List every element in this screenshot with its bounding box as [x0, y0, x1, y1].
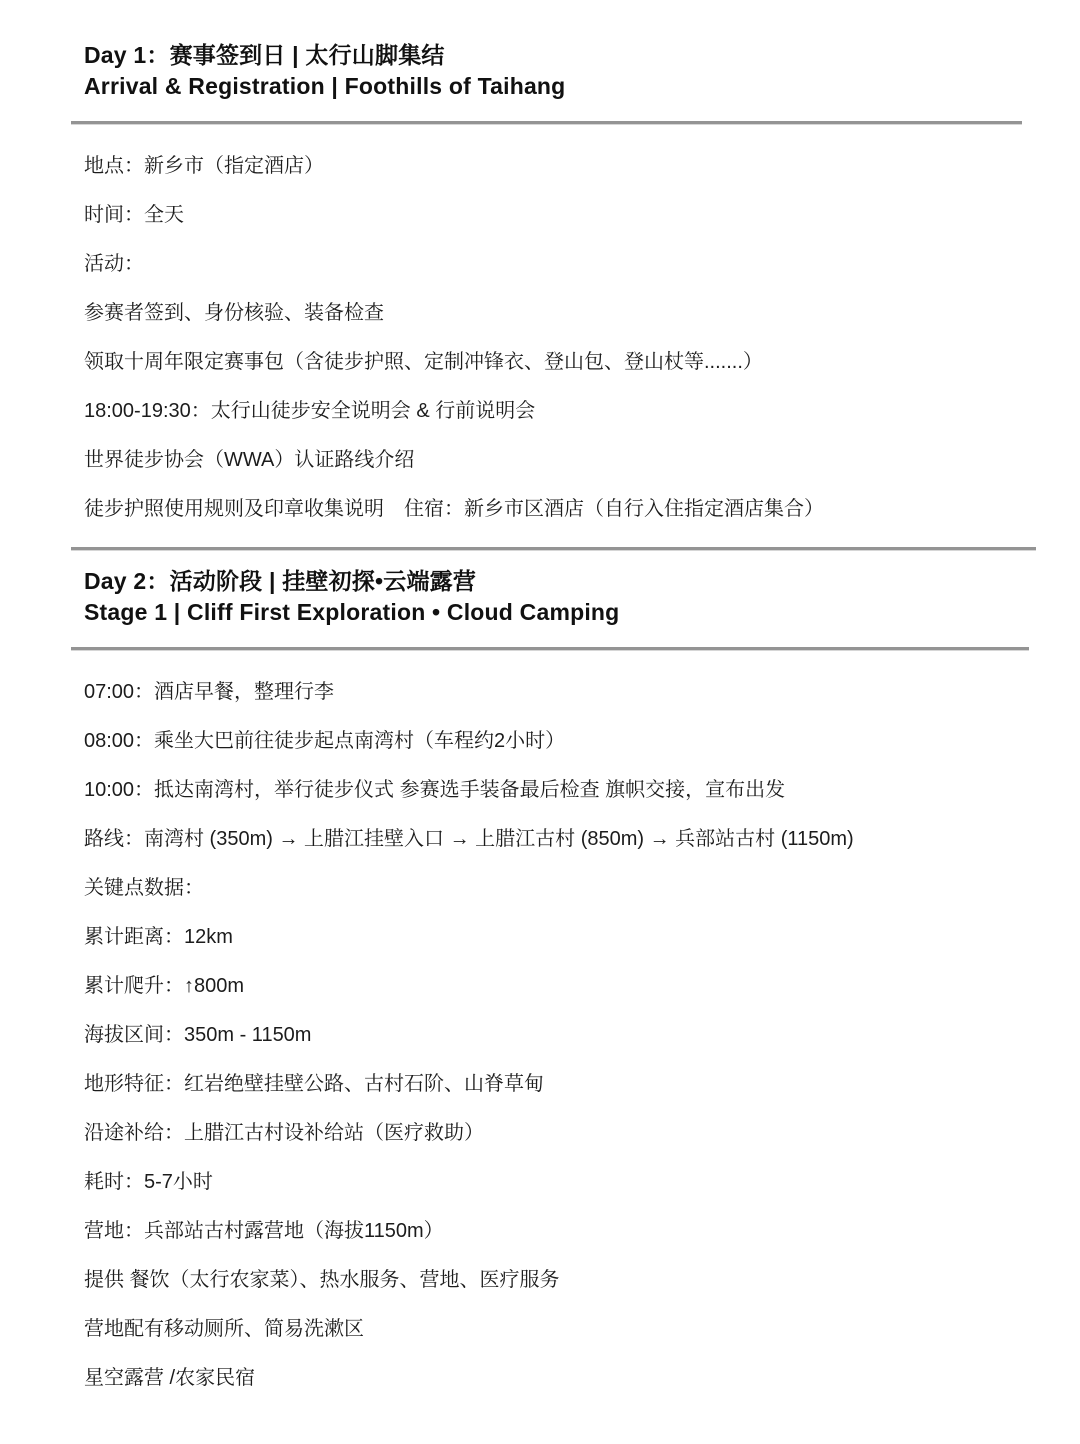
day2-duration: 耗时：5-7小时: [84, 1168, 1036, 1196]
day2-section: Day 2：活动阶段 | 挂壁初探•云端露营 Stage 1 | Cliff F…: [71, 566, 1036, 1392]
day1-section: Day 1：赛事签到日 | 太行山脚集结 Arrival & Registrat…: [71, 40, 1036, 523]
day1-checkin-item: 参赛者签到、身份核验、装备检查: [84, 299, 1036, 327]
day1-passport-lodging-item: 徒步护照使用规则及印章收集说明 住宿：新乡市区酒店（自行入住指定酒店集合）: [84, 495, 1036, 523]
day1-paragraphs: 地点：新乡市（指定酒店） 时间：全天 活动： 参赛者签到、身份核验、装备检查 领…: [84, 152, 1036, 523]
section-divider: [71, 547, 1036, 551]
day2-facilities: 营地配有移动厕所、简易洗漱区: [84, 1315, 1036, 1343]
day2-supply: 沿途补给：上腊江古村设补给站（医疗救助）: [84, 1119, 1036, 1147]
day2-ascent: 累计爬升：↑800m: [84, 972, 1036, 1000]
day1-activities-label: 活动：: [84, 250, 1036, 278]
day2-lodging-options: 星空露营 /农家民宿: [84, 1364, 1036, 1392]
day2-services: 提供 餐饮（太行农家菜）、热水服务、营地、医疗服务: [84, 1266, 1036, 1294]
day2-elevation-range: 海拔区间：350m - 1150m: [84, 1021, 1036, 1049]
day2-paragraphs: 07:00：酒店早餐，整理行李 08:00：乘坐大巴前往徒步起点南湾村（车程约2…: [84, 678, 1036, 1392]
day2-title-zh: Day 2：活动阶段 | 挂壁初探•云端露营: [84, 566, 1036, 597]
day2-title-en: Stage 1 | Cliff First Exploration • Clou…: [84, 597, 1036, 628]
day1-race-pack-item: 领取十周年限定赛事包（含徒步护照、定制冲锋衣、登山包、登山杖等.......）: [84, 348, 1036, 376]
day2-terrain: 地形特征：红岩绝壁挂壁公路、古村石阶、山脊草甸: [84, 1070, 1036, 1098]
day1-title-zh: Day 1：赛事签到日 | 太行山脚集结: [84, 40, 1036, 71]
day2-title: Day 2：活动阶段 | 挂壁初探•云端露营 Stage 1 | Cliff F…: [84, 566, 1036, 628]
day2-1000-ceremony: 10:00：抵达南湾村，举行徒步仪式 参赛选手装备最后检查 旗帜交接，宣布出发: [84, 776, 1036, 804]
day2-distance: 累计距离：12km: [84, 923, 1036, 951]
day2-keypoints-label: 关键点数据：: [84, 874, 1036, 902]
day1-title-en: Arrival & Registration | Foothills of Ta…: [84, 71, 1036, 102]
itinerary-document: Day 1：赛事签到日 | 太行山脚集结 Arrival & Registrat…: [0, 0, 1080, 1444]
day1-wwa-route-item: 世界徒步协会（WWA）认证路线介绍: [84, 446, 1036, 474]
day1-title: Day 1：赛事签到日 | 太行山脚集结 Arrival & Registrat…: [84, 40, 1036, 102]
day2-route: 路线：南湾村 (350m) → 上腊江挂壁入口 → 上腊江古村 (850m) →…: [84, 825, 1036, 853]
day1-header-divider: [71, 121, 1022, 125]
day1-time: 时间：全天: [84, 201, 1036, 229]
day2-0800-bus: 08:00：乘坐大巴前往徒步起点南湾村（车程约2小时）: [84, 727, 1036, 755]
day2-header-divider: [71, 647, 1029, 651]
day2-camp: 营地：兵部站古村露营地（海拔1150m）: [84, 1217, 1036, 1245]
day2-0700-breakfast: 07:00：酒店早餐，整理行李: [84, 678, 1036, 706]
day1-briefing-item: 18:00-19:30：太行山徒步安全说明会 & 行前说明会: [84, 397, 1036, 425]
day1-location: 地点：新乡市（指定酒店）: [84, 152, 1036, 180]
